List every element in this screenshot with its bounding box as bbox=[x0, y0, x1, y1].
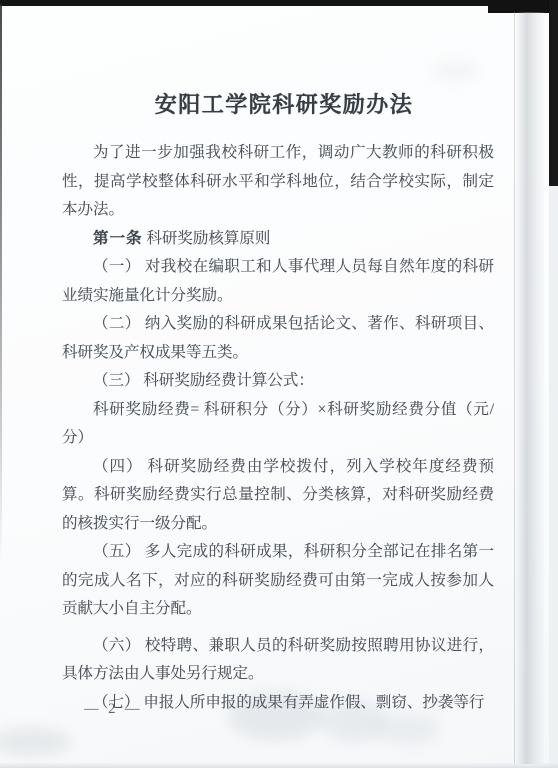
document-body: 为了进一步加强我校科研工作，调动广大教师的科研积极性，提高学校整体科研水平和学科… bbox=[62, 139, 494, 717]
paragraph: （二） 纳入奖励的科研成果包括论文、著作、科研项目、科研奖及产权成果等五类。 bbox=[62, 310, 494, 367]
paragraph: （三） 科研奖励经费计算公式： bbox=[62, 367, 494, 396]
page-number: — 2 — bbox=[84, 701, 143, 718]
scan-smudge bbox=[430, 60, 480, 82]
paragraph: （五） 多人完成的科研成果，科研积分全部记在排名第一的完成人名下，对应的科研奖励… bbox=[62, 538, 494, 624]
paragraph: 为了进一步加强我校科研工作，调动广大教师的科研积极性，提高学校整体科研水平和学科… bbox=[62, 139, 494, 225]
scan-edge-right-light bbox=[549, 186, 558, 768]
paragraph: （一） 对我校在编职工和人事代理人员每自然年度的科研业绩实施量化计分奖励。 bbox=[62, 253, 494, 310]
paragraph: （四） 科研奖励经费由学校拨付，列入学校年度经费预算。科研奖励经费实行总量控制、… bbox=[62, 453, 494, 539]
paper-edge-shadow bbox=[514, 12, 544, 764]
scan-smudge bbox=[0, 728, 72, 756]
document-title: 安阳工学院科研奖励办法 bbox=[62, 88, 494, 119]
clause-number: 第一条 bbox=[93, 230, 143, 247]
scan-smudge bbox=[376, 714, 440, 744]
scanned-page: 安阳工学院科研奖励办法 为了进一步加强我校科研工作，调动广大教师的科研积极性，提… bbox=[0, 0, 558, 768]
scan-edge-left bbox=[0, 4, 2, 564]
paragraph: 科研奖励经费= 科研积分（分）×科研奖励经费分值（元/分） bbox=[62, 396, 494, 453]
scan-edge-bottom bbox=[0, 762, 558, 768]
document-content: 安阳工学院科研奖励办法 为了进一步加强我校科研工作，调动广大教师的科研积极性，提… bbox=[62, 88, 494, 717]
scan-edge-right-black bbox=[549, 0, 558, 186]
paragraph: （六） 校特聘、兼职人员的科研奖励按照聘用协议进行，具体方法由人事处另行规定。 bbox=[62, 632, 494, 689]
scan-edge-top bbox=[0, 0, 558, 6]
clause-heading: 第一条 科研奖励核算原则 bbox=[62, 225, 494, 254]
